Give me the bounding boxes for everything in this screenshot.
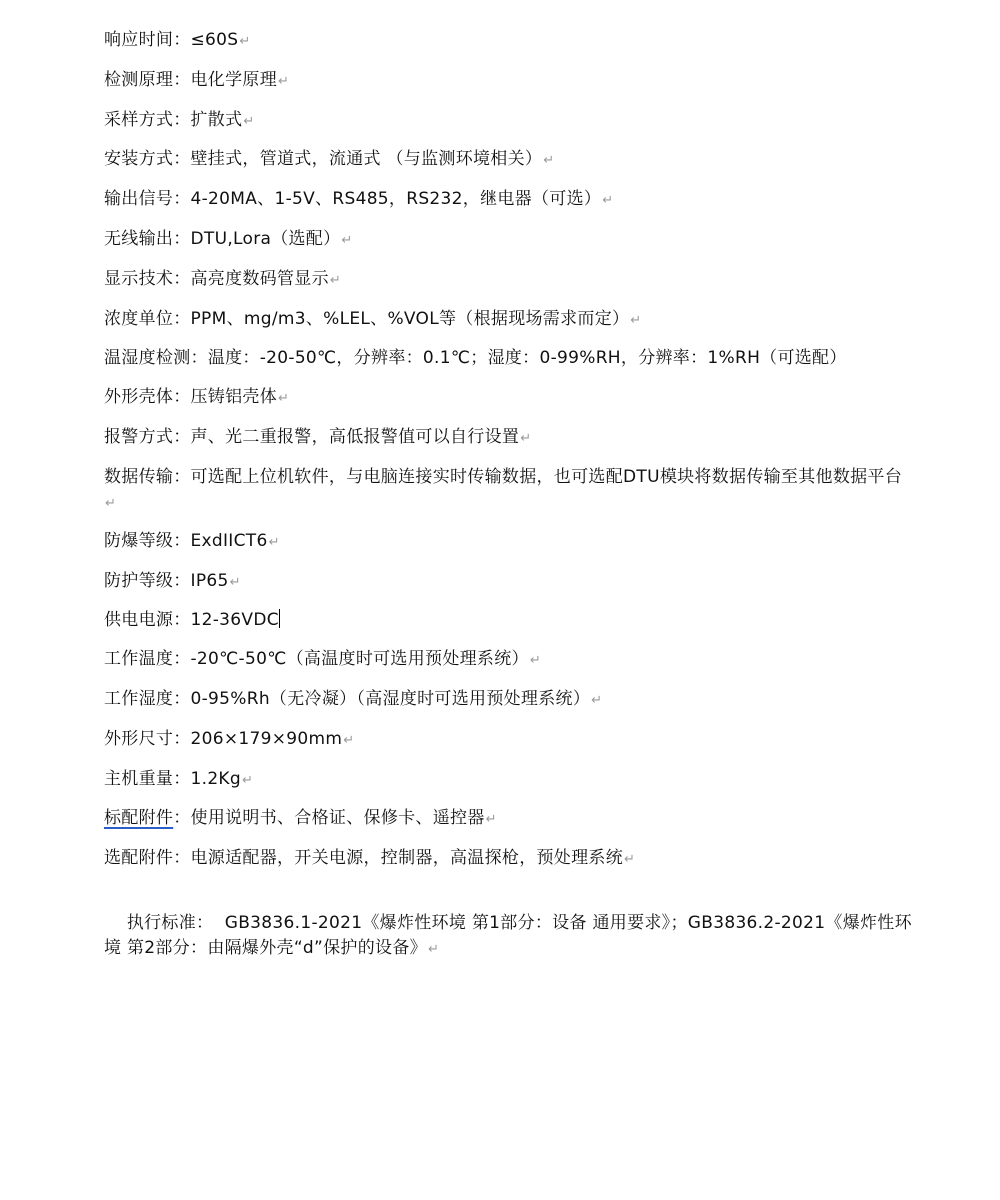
paragraph-mark-icon: ↵	[243, 114, 254, 129]
spec-value: 电源适配器，开关电源，控制器，高温探枪，预处理系统	[191, 848, 624, 868]
paragraph-mark-icon: ↵	[105, 496, 116, 511]
spec-value: ExdIICT6	[191, 531, 268, 551]
spec-label: 外形尺寸：	[104, 729, 191, 749]
spec-value: DTU,Lora（选配）	[191, 229, 341, 249]
paragraph-mark-icon: ↵	[330, 273, 341, 288]
spec-value: 0-95%Rh（无冷凝）（高湿度时可选用预处理系统）	[191, 689, 591, 709]
paragraph-mark-icon: ↵	[269, 535, 280, 550]
spec-protection-grade: 防护等级：IP65↵	[104, 569, 914, 595]
paragraph-mark-icon: ↵	[343, 733, 354, 748]
spec-label: 执行标准：	[127, 913, 214, 933]
spec-power-supply: 供电电源：12-36VDC	[104, 608, 914, 633]
spec-value: IP65	[191, 571, 229, 591]
spec-value: 声、光二重报警，高低报警值可以自行设置	[191, 427, 520, 447]
paragraph-mark-icon: ↵	[242, 773, 253, 788]
spec-value: -20℃-50℃（高温度时可选用预处理系统）	[191, 649, 529, 669]
spec-value: ≤60S	[191, 30, 239, 50]
paragraph-mark-icon: ↵	[543, 153, 554, 168]
paragraph-mark-icon: ↵	[341, 233, 352, 248]
spec-operating-humidity: 工作湿度：0-95%Rh（无冷凝）（高湿度时可选用预处理系统）↵	[104, 687, 914, 713]
spec-data-transmission: 数据传输：可选配上位机软件，与电脑连接实时传输数据，也可选配DTU模块将数据传输…	[104, 465, 914, 516]
spec-label: 响应时间：	[104, 30, 191, 50]
paragraph-mark-icon: ↵	[602, 193, 613, 208]
spec-label-colon: ：	[173, 808, 190, 828]
spec-label: 工作温度：	[104, 649, 191, 669]
spec-concentration-unit: 浓度单位：PPM、mg/m3、%LEL、%VOL等（根据现场需求而定）↵	[104, 307, 914, 333]
spec-label: 安装方式：	[104, 149, 191, 169]
spec-label: 报警方式：	[104, 427, 191, 447]
spec-value: 1.2Kg	[191, 769, 241, 789]
spec-value: 206×179×90mm	[191, 729, 343, 749]
spec-label: 无线输出：	[104, 229, 191, 249]
spec-label: 检测原理：	[104, 70, 191, 90]
paragraph-mark-icon: ↵	[630, 313, 641, 328]
paragraph-mark-icon: ↵	[530, 653, 541, 668]
spec-value: 扩散式	[191, 110, 243, 130]
spec-label: 输出信号：	[104, 189, 191, 209]
spec-label: 工作湿度：	[104, 689, 191, 709]
spec-dimensions: 外形尺寸：206×179×90mm↵	[104, 727, 914, 753]
spec-wireless-output: 无线输出：DTU,Lora（选配）↵	[104, 227, 914, 253]
paragraph-mark-icon: ↵	[239, 34, 250, 49]
spec-operating-temperature: 工作温度：-20℃-50℃（高温度时可选用预处理系统）↵	[104, 647, 914, 673]
paragraph-mark-icon: ↵	[428, 942, 439, 957]
paragraph-mark-icon: ↵	[624, 852, 635, 867]
paragraph-mark-icon: ↵	[520, 431, 531, 446]
spec-temp-humidity-detection: 温湿度检测：温度：-20-50℃，分辨率：0.1℃；湿度：0-99%RH，分辨率…	[104, 346, 914, 371]
paragraph-mark-icon: ↵	[230, 575, 241, 590]
spec-label: 浓度单位：	[104, 309, 191, 329]
spec-alarm-method: 报警方式：声、光二重报警，高低报警值可以自行设置↵	[104, 425, 914, 451]
spec-response-time: 响应时间：≤60S↵	[104, 28, 914, 54]
spec-explosion-proof-grade: 防爆等级：ExdIICT6↵	[104, 529, 914, 555]
spec-value: GB3836.1-2021《爆炸性环境 第1部分：设备 通用要求》；GB3836…	[104, 913, 912, 958]
spec-detection-principle: 检测原理：电化学原理↵	[104, 68, 914, 94]
spec-label: 主机重量：	[104, 769, 191, 789]
spec-optional-accessories: 选配附件：电源适配器，开关电源，控制器，高温探枪，预处理系统↵	[104, 846, 914, 872]
spec-execution-standard: 执行标准： GB3836.1-2021《爆炸性环境 第1部分：设备 通用要求》；…	[104, 886, 914, 987]
spec-label: 温湿度检测：	[104, 348, 208, 368]
spec-installation-method: 安装方式：壁挂式，管道式，流通式 （与监测环境相关）↵	[104, 147, 914, 173]
paragraph-mark-icon: ↵	[591, 693, 602, 708]
spec-housing: 外形壳体：压铸铝壳体↵	[104, 385, 914, 411]
spec-label: 选配附件：	[104, 848, 191, 868]
spec-label: 防爆等级：	[104, 531, 191, 551]
spec-value: 12-36VDC	[191, 610, 279, 630]
spec-label: 防护等级：	[104, 571, 191, 591]
spec-output-signal: 输出信号：4-20MA、1-5V、RS485，RS232，继电器（可选）↵	[104, 187, 914, 213]
spec-label: 显示技术：	[104, 269, 191, 289]
spec-label: 数据传输：	[104, 467, 191, 487]
spec-value: 高亮度数码管显示	[191, 269, 329, 289]
spec-label-grammar-flagged[interactable]: 标配附件	[104, 808, 173, 828]
document-body[interactable]: 响应时间：≤60S↵ 检测原理：电化学原理↵ 采样方式：扩散式↵ 安装方式：壁挂…	[104, 28, 914, 1000]
spec-value: 可选配上位机软件，与电脑连接实时传输数据，也可选配DTU模块将数据传输至其他数据…	[191, 467, 903, 487]
spec-value: PPM、mg/m3、%LEL、%VOL等（根据现场需求而定）	[191, 309, 630, 329]
spec-value: 壁挂式，管道式，流通式 （与监测环境相关）	[191, 149, 543, 169]
paragraph-mark-icon: ↵	[278, 74, 289, 89]
paragraph-mark-icon: ↵	[278, 391, 289, 406]
spec-value: 使用说明书、合格证、保修卡、遥控器	[191, 808, 485, 828]
spec-sampling-method: 采样方式：扩散式↵	[104, 108, 914, 134]
spec-value: 电化学原理	[191, 70, 278, 90]
spec-value: 4-20MA、1-5V、RS485，RS232，继电器（可选）	[191, 189, 602, 209]
text-cursor	[279, 609, 280, 628]
spec-value: 温度：-20-50℃，分辨率：0.1℃；湿度：0-99%RH，分辨率：1%RH（…	[208, 348, 847, 368]
spec-display-technology: 显示技术：高亮度数码管显示↵	[104, 267, 914, 293]
spec-value: 压铸铝壳体	[191, 387, 278, 407]
spec-label: 供电电源：	[104, 610, 191, 630]
spec-standard-accessories: 标配附件：使用说明书、合格证、保修卡、遥控器↵	[104, 806, 914, 832]
spec-label: 外形壳体：	[104, 387, 191, 407]
spec-weight: 主机重量：1.2Kg↵	[104, 767, 914, 793]
paragraph-mark-icon: ↵	[486, 812, 497, 827]
spec-label: 采样方式：	[104, 110, 191, 130]
